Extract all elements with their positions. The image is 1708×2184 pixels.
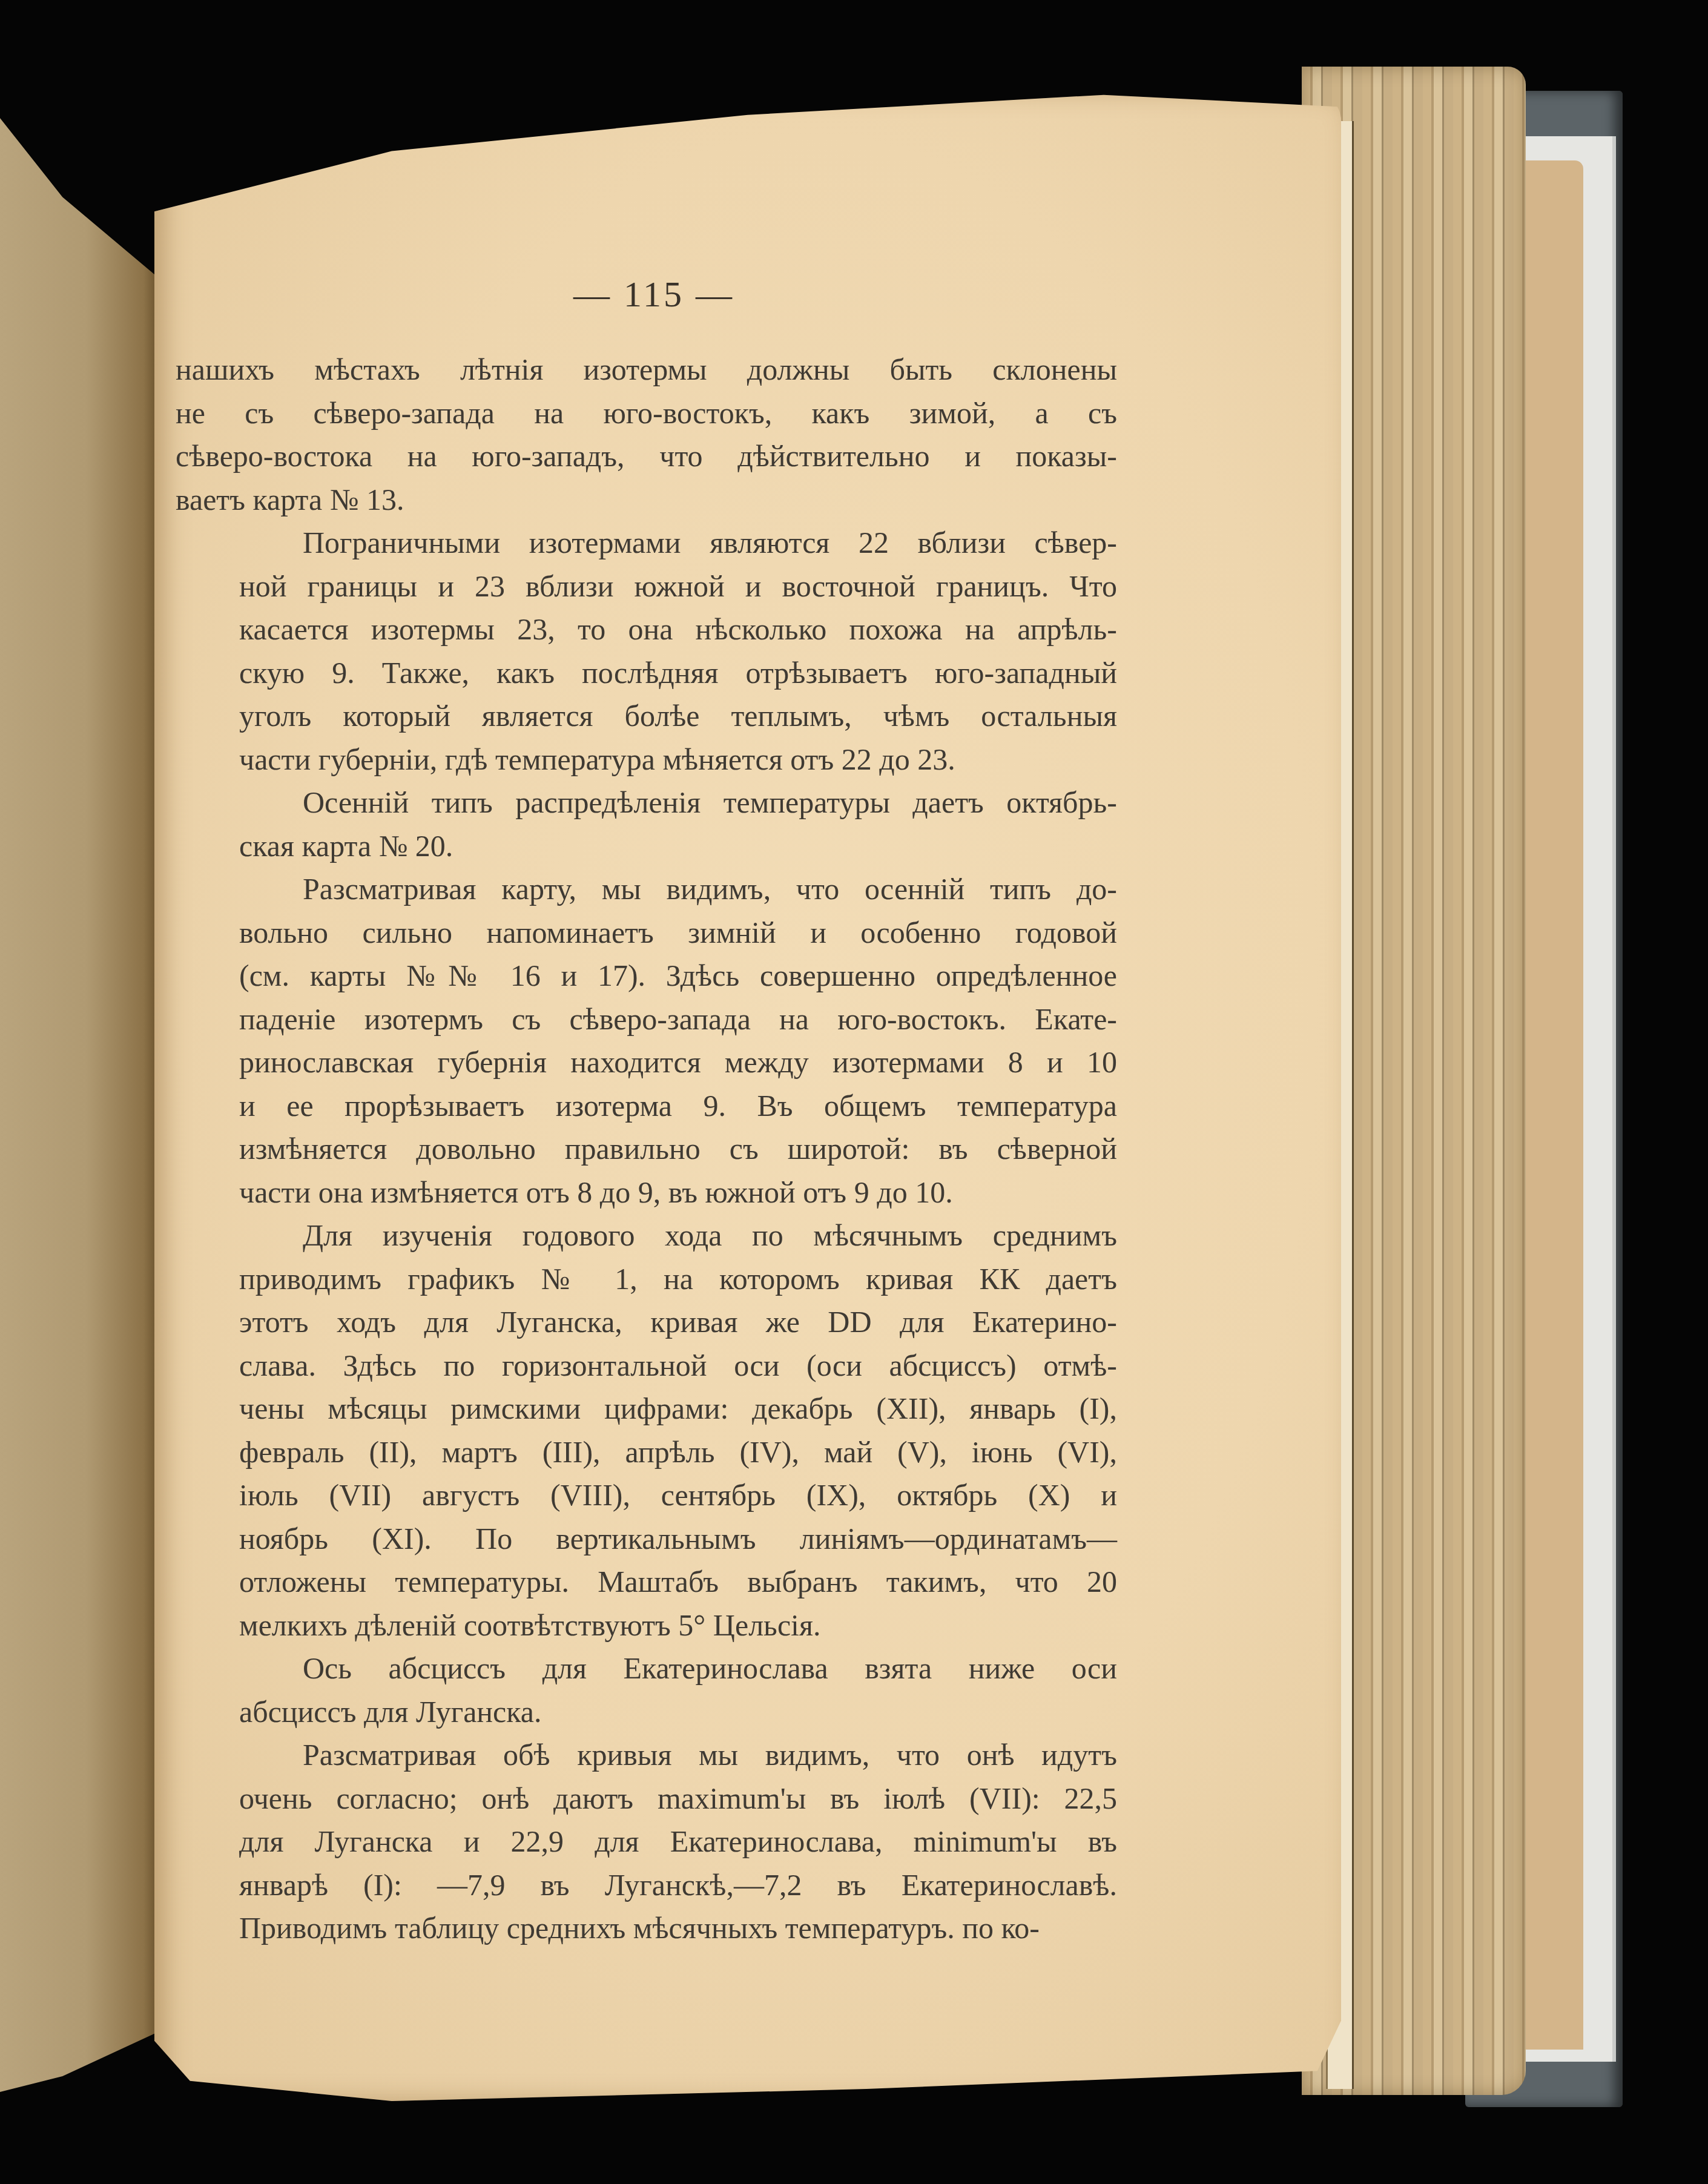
text-line: ринославская губернія находится между из… (176, 1041, 1117, 1084)
text-line: іюль (VII) августъ (VIII), сентябрь (IX)… (176, 1474, 1117, 1517)
text-line: Разсматривая обѣ кривыя мы видимъ, что о… (176, 1734, 1117, 1777)
text-line: и ее прорѣзываетъ изотерма 9. Въ общемъ … (176, 1084, 1117, 1128)
left-page (0, 118, 156, 2092)
page-number: — 115 — (0, 274, 1308, 315)
text-line: мелкихъ дѣленій соотвѣтствуютъ 5° Цельсі… (176, 1604, 1117, 1648)
text-line: Ось абсциссъ для Екатеринослава взята ни… (176, 1647, 1117, 1691)
paragraph: Для изученія годового хода по мѣсячнымъ … (176, 1214, 1117, 1647)
text-line: слава. Здѣсь по горизонтальной оси (оси … (176, 1344, 1117, 1388)
text-line: уголъ который является болѣе теплымъ, чѣ… (176, 694, 1117, 738)
text-line: чены мѣсяцы римскими цифрами: декабрь (X… (176, 1387, 1117, 1431)
text-line: абсциссъ для Луганска. (176, 1691, 1117, 1734)
text-line: (см. карты №№ 16 и 17). Здѣсь совершенно… (176, 954, 1117, 998)
text-line: Разсматривая карту, мы видимъ, что осенн… (176, 868, 1117, 911)
text-line: паденіе изотермъ съ сѣверо-запада на юго… (176, 998, 1117, 1041)
text-line: ной границы и 23 вблизи южной и восточно… (176, 565, 1117, 609)
text-line: ноябрь (XI). По вертикальнымъ линіямъ—ор… (176, 1517, 1117, 1561)
text-line: отложены температуры. Маштабъ выбранъ та… (176, 1560, 1117, 1604)
text-line: части губерніи, гдѣ температура мѣняется… (176, 738, 1117, 782)
paragraph: Разсматривая карту, мы видимъ, что осенн… (176, 868, 1117, 1214)
text-line: ваетъ карта № 13. (176, 478, 1117, 522)
endpaper-inner (1517, 160, 1583, 2050)
paragraph: нашихъ мѣстахъ лѣтнія изотермы должны бы… (176, 348, 1117, 521)
text-line: не съ сѣверо-запада на юго-востокъ, какъ… (176, 392, 1117, 435)
body-text: нашихъ мѣстахъ лѣтнія изотермы должны бы… (176, 348, 1117, 1950)
text-line: очень согласно; онѣ даютъ maximum'ы въ і… (176, 1777, 1117, 1821)
text-line: ская карта № 20. (176, 825, 1117, 868)
text-line: Для изученія годового хода по мѣсячнымъ … (176, 1214, 1117, 1258)
text-line: Пограничными изотермами являются 22 вбли… (176, 521, 1117, 565)
text-line: вольно сильно напоминаетъ зимній и особе… (176, 911, 1117, 955)
text-line: приводимъ графикъ № 1, на которомъ крива… (176, 1258, 1117, 1301)
text-line: февраль (II), мартъ (III), апрѣль (IV), … (176, 1431, 1117, 1474)
text-line: для Луганска и 22,9 для Екатеринослава, … (176, 1820, 1117, 1864)
text-line: Приводимъ таблицу среднихъ мѣсячныхъ тем… (176, 1907, 1117, 1950)
paragraph: Пограничными изотермами являются 22 вбли… (176, 521, 1117, 781)
text-line: скую 9. Также, какъ послѣдняя отрѣзывает… (176, 652, 1117, 695)
text-line: касается изотермы 23, то она нѣсколько п… (176, 608, 1117, 652)
paragraph: Разсматривая обѣ кривыя мы видимъ, что о… (176, 1734, 1117, 1950)
text-line: сѣверо-востока на юго-западъ, что дѣйств… (176, 435, 1117, 478)
paragraph: Осенній типъ распредѣленія температуры д… (176, 781, 1117, 868)
text-line: январѣ (I): —7,9 въ Луганскѣ,—7,2 въ Ека… (176, 1864, 1117, 1907)
text-line: этотъ ходъ для Луганска, кривая же DD дл… (176, 1301, 1117, 1344)
paragraph: Ось абсциссъ для Екатеринослава взята ни… (176, 1647, 1117, 1734)
text-line: Осенній типъ распредѣленія температуры д… (176, 781, 1117, 825)
text-line: части она измѣняется отъ 8 до 9, въ южно… (176, 1171, 1117, 1215)
text-line: измѣняется довольно правильно съ широтой… (176, 1127, 1117, 1171)
text-line: нашихъ мѣстахъ лѣтнія изотермы должны бы… (176, 348, 1117, 392)
